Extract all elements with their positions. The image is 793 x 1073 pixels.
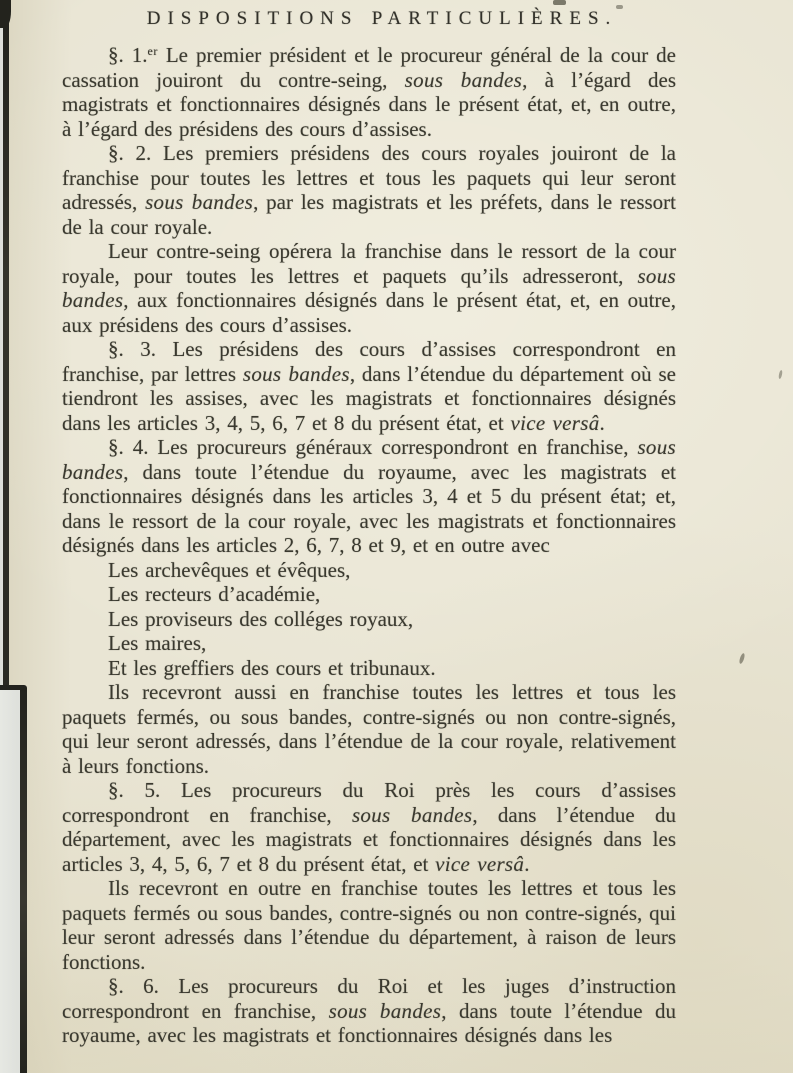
paragraph: §. 1.er Le premier président et le procu… <box>62 43 676 141</box>
paragraph: Leur contre-seing opérera la franchise d… <box>62 239 676 337</box>
paragraph: Ils recevront en outre en franchise tout… <box>62 876 676 974</box>
paragraph: §. 4. Les procureurs généraux correspond… <box>62 435 676 558</box>
list-line: Les maires, <box>62 631 676 656</box>
scanned-page: DISPOSITIONS PARTICULIÈRES. §. 1.er Le p… <box>0 0 793 1073</box>
list-line: Les archevêques et évêques, <box>62 558 676 583</box>
document-text: DISPOSITIONS PARTICULIÈRES. §. 1.er Le p… <box>62 6 676 1048</box>
page-corner-mark <box>0 0 11 28</box>
page-edge-shadow-lower <box>20 688 27 1073</box>
paragraph: Ils recevront aussi en franchise toutes … <box>62 680 676 778</box>
list-line: Et les greffiers des cours et tribunaux. <box>62 656 676 681</box>
paragraph: §. 5. Les procureurs du Roi près les cou… <box>62 778 676 876</box>
scanner-background-strip-lower <box>0 690 21 1073</box>
paper-speck <box>553 0 566 5</box>
paper-speck <box>738 653 745 665</box>
list-line: Les proviseurs des colléges royaux, <box>62 607 676 632</box>
page-title: DISPOSITIONS PARTICULIÈRES. <box>88 6 676 32</box>
paragraphs-container: §. 1.er Le premier président et le procu… <box>62 43 676 1048</box>
paragraph: §. 2. Les premiers présidens des cours r… <box>62 141 676 239</box>
page-edge-shadow-upper <box>3 0 9 690</box>
paragraph: §. 3. Les présidens des cours d’assises … <box>62 337 676 435</box>
paper-speck <box>778 370 783 379</box>
paragraph: §. 6. Les procureurs du Roi et les juges… <box>62 974 676 1048</box>
list-line: Les recteurs d’académie, <box>62 582 676 607</box>
